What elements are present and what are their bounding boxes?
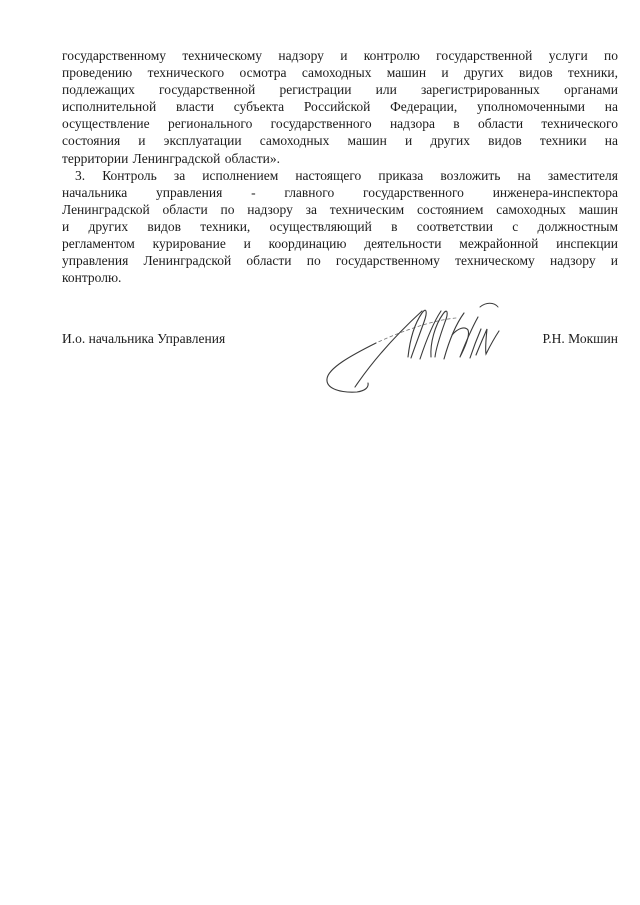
signatory-name: Р.Н. Мокшин — [542, 331, 618, 347]
paragraph-line: осуществление регионального государствен… — [62, 115, 618, 132]
paragraph-line: территории Ленинградской области». — [62, 150, 618, 167]
paragraph-line: контролю. — [62, 269, 618, 286]
paragraph-line: подлежащих государственной регистрации и… — [62, 81, 618, 98]
paragraph-line: государственному техническому надзору и … — [62, 47, 618, 64]
paragraph-line: проведению технического осмотра самоходн… — [62, 64, 618, 81]
document-body-text: государственному техническому надзору и … — [62, 47, 618, 286]
paragraph-line: исполнительной власти субъекта Российско… — [62, 98, 618, 115]
paragraph-line: состояния и эксплуатации самоходных маши… — [62, 132, 618, 149]
paragraph-line: регламентом курирование и координацию де… — [62, 235, 618, 252]
paragraph-line: начальника управления - главного государ… — [62, 184, 618, 201]
paragraph-line: управления Ленинградской области по госу… — [62, 252, 618, 269]
signatory-position-title: И.о. начальника Управления — [62, 331, 225, 347]
handwritten-signature-icon — [310, 295, 510, 401]
paragraph-line: Ленинградской области по надзору за техн… — [62, 201, 618, 218]
signature-block: И.о. начальника Управления Р.Н. Мокшин — [62, 331, 618, 347]
paragraph-line: 3. Контроль за исполнением настоящего пр… — [62, 167, 618, 184]
paragraph-line: и других видов техники, осуществляющий в… — [62, 218, 618, 235]
document-page: государственному техническому надзору и … — [0, 0, 640, 905]
